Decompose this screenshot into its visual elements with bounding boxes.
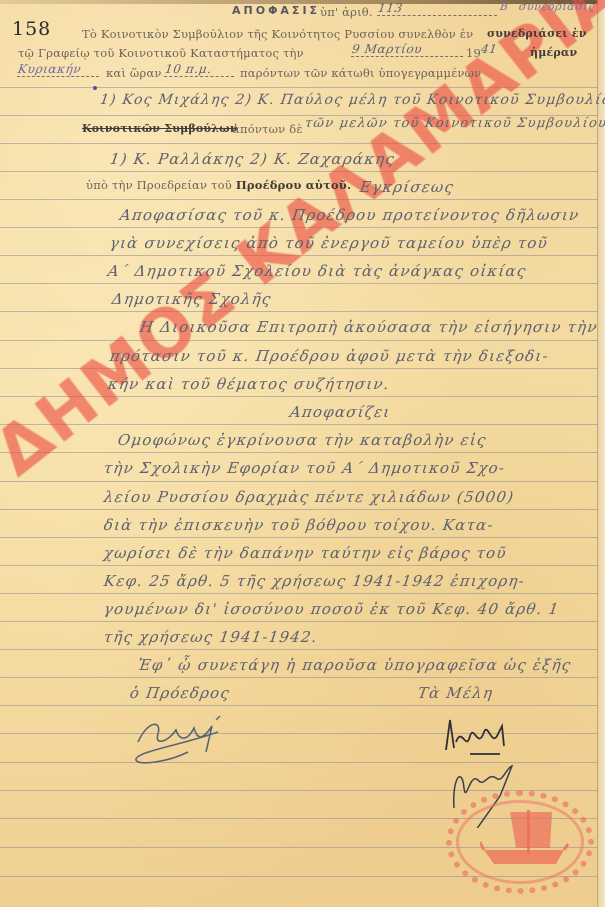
page-edge (598, 0, 605, 907)
ruled-line (0, 340, 600, 341)
meeting-year: 41 (480, 42, 498, 56)
absent-printed: ἀπόντων δὲ (232, 122, 303, 136)
document-page: ΔΗΜΟΣ ΚΑΛΑΜΑΡΙΑΣ 158 ΑΠΟΦΑΣΙΣ ὑπ' ἀριθ. … (0, 0, 605, 907)
decides-label: Αποφασίζει (289, 403, 392, 421)
body-line: κήν καὶ τοῦ θέματος συζήτησιν. (107, 375, 391, 393)
ink-dot (93, 86, 97, 90)
body-line: τὴν Σχολικὴν Εφορίαν τοῦ Α΄ Δημοτικοῦ Σχ… (103, 459, 507, 477)
header-line-2: τῷ Γραφείῳ τοῦ Κοινοτικοῦ Καταστήματος τ… (18, 46, 304, 60)
header-line-2-bold: ἡμέραν (530, 46, 577, 59)
meeting-day: Κυριακήν (17, 62, 101, 77)
meeting-year-prefix: 19 (466, 46, 481, 60)
closing-line: Ἐφ᾽ ᾧ συνετάγη ἡ παροῦσα ὑπογραφεῖσα ὡς … (137, 656, 573, 674)
body-line: Ομοφώνως ἐγκρίνουσα τὴν καταβολὴν εἰς (117, 431, 488, 449)
absent-printed-strike: Κοινοτικῶν Συμβούλων (82, 122, 238, 135)
ruled-line (0, 593, 600, 594)
body-line: Δημοτικῆς Σχολῆς (111, 290, 273, 308)
header-line-3-middle: καὶ ὥραν (106, 66, 162, 80)
header-line-1-bold: συνεδριάσει ἐν (487, 27, 587, 40)
header-line-1-text: Τὸ Κοινοτικὸν Συμβούλιον τῆς Κοινότητος … (82, 27, 473, 41)
body-line: Α΄ Δημοτικοῦ Σχολείου διὰ τὰς ἀνάγκας οἰ… (107, 262, 528, 280)
header-line-1: Τὸ Κοινοτικὸν Συμβούλιον τῆς Κοινότητος … (82, 27, 473, 41)
signature-icon (128, 712, 238, 772)
president-label: ὁ Πρόεδρος (129, 684, 232, 702)
document-title: ΑΠΟΦΑΣΙΣ (232, 4, 320, 17)
header-line-3-suffix: παρόντων τῶν κάτωθι ὑπογεγραμμένων (240, 66, 481, 80)
header-line-2-text: τῷ Γραφείῳ τοῦ Κοινοτικοῦ Καταστήματος τ… (18, 46, 304, 60)
members-present: 1) Κος Μιχάλης 2) Κ. Παύλος μέλη τοῦ Κοι… (99, 92, 605, 108)
body-line: γουμένων δι' ἰσοσύνου ποσοῦ ἐκ τοῦ Κεφ. … (103, 600, 561, 618)
decision-number: 113 (377, 1, 499, 16)
ruled-line (0, 283, 600, 284)
body-line: γιὰ συνεχίσεις ἀπὸ τοῦ ἐνεργοῦ ταμείου ὑ… (109, 234, 550, 252)
absent-names: 1) Κ. Ραλλάκης 2) Κ. Ζαχαράκης (109, 150, 397, 168)
page-number: 158 (12, 18, 51, 40)
presidency-bold: Προέδρου αὐτοῦ. (236, 178, 351, 192)
president-signature: Εταίρης (128, 712, 238, 777)
absent-handwritten: τῶν μελῶν τοῦ Κοινοτικοῦ Συμβουλίου (304, 116, 605, 131)
ruled-line (0, 677, 600, 678)
decision-number-label: ὑπ' ἀριθ. (320, 5, 373, 19)
ruled-line (0, 452, 600, 453)
body-line: Κεφ. 25 ἄρθ. 5 τῆς χρήσεως 1941-1942 ἐπι… (103, 572, 527, 590)
ruled-line (0, 481, 600, 482)
ruled-line (0, 509, 600, 510)
ruled-line (0, 621, 600, 622)
body-line: λείου Ρυσσίου δραχμὰς πέντε χιλιάδων (50… (103, 488, 516, 506)
body-line: τῆς χρήσεως 1941-1942. (103, 628, 319, 646)
ruled-line (0, 311, 600, 312)
ruled-line (0, 565, 600, 566)
presidency-handwritten: Εγκρίσεως (359, 178, 456, 196)
body-line: διὰ τὴν ἐπισκευὴν τοῦ βόθρου τοίχου. Κατ… (103, 516, 495, 534)
ruled-line (0, 143, 600, 144)
official-stamp (446, 790, 594, 894)
session-note: Β΄ συνεδρίασις (499, 0, 596, 13)
presidency-printed: ὑπὸ τὴν Προεδρείαν τοῦ Προέδρου αὐτοῦ. (86, 178, 351, 192)
meeting-time: 10 π.μ. (164, 62, 236, 77)
body-line: πρότασιν τοῦ κ. Προέδρου ἀφοῦ μετὰ τὴν δ… (109, 347, 550, 365)
body-line: Αποφασίσας τοῦ κ. Προέδρου προτείνοντος … (119, 206, 581, 224)
ship-icon (480, 806, 570, 876)
meeting-date: 9 Μαρτίου (351, 42, 465, 57)
members-label: Τὰ Μέλη (417, 684, 495, 702)
ruled-line (0, 537, 600, 538)
body-line: χωρίσει δὲ τὴν δαπάνην ταύτην εἰς βάρος … (103, 544, 508, 562)
ruled-line (0, 649, 600, 650)
body-line: Η Διοικοῦσα Επιτροπὴ ἀκούσασα τὴν εἰσήγη… (139, 318, 599, 336)
presidency-prefix: ὑπὸ τὴν Προεδρείαν τοῦ (86, 178, 232, 192)
ruled-line (0, 171, 600, 172)
signature-icon (440, 712, 530, 762)
ruled-line (0, 705, 600, 706)
